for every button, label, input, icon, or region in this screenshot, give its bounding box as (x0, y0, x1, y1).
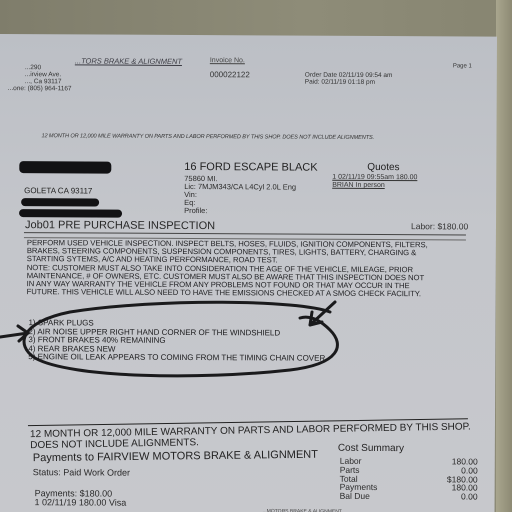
quote-author: BRIAN In person (332, 182, 385, 189)
warranty-notice-top: 12 MONTH OR 12,000 MILE WARRANTY ON PART… (41, 133, 374, 141)
job-description: PERFORM USED VEHICLE INSPECTION. INSPECT… (27, 239, 428, 299)
job-labor-amount: Labor: $180.00 (411, 221, 468, 231)
cost-value-bal-due: 0.00 (447, 493, 478, 502)
address-line: ...290 (25, 64, 41, 71)
vehicle-title: 16 FORD ESCAPE BLACK (184, 161, 317, 174)
payment-entry: 1 02/11/19 180.00 Visa (35, 498, 127, 507)
inspection-findings: 1) SPARK PLUGS 2) AIR NOISE UPPER RIGHT … (28, 319, 325, 363)
redacted-customer-email (19, 209, 122, 218)
cost-summary-title: Cost Summary (338, 443, 404, 454)
redacted-customer-name (19, 161, 111, 173)
cost-label-bal-due: Bal Due (340, 492, 378, 501)
cost-summary-values: 180.00 0.00 $180.00 180.00 0.00 (447, 457, 478, 501)
paid-date-text: Paid: 02/11/19 01:18 pm (305, 79, 393, 86)
payments-summary: Payments: $180.00 1 02/11/19 180.00 Visa (35, 489, 127, 507)
payments-to: Payments to FAIRVIEW MOTORS BRAKE & ALIG… (33, 449, 318, 464)
phone-line: ...one: (805) 964-1167 (8, 85, 72, 92)
page-number: Page 1 (453, 63, 472, 69)
vehicle-license: Lic: 7MJM343/CA L4Cyl 2.0L Eng (184, 183, 296, 192)
finding-item: 5) ENGINE OIL LEAK APPEARS TO COMING FRO… (28, 353, 325, 363)
quote-entry: 1 02/11/19 09:55am 180.00 (332, 174, 417, 181)
vehicle-profile: Profile: (184, 207, 207, 215)
description-line: FUTURE. THIS VEHICLE WILL ALSO NEED TO H… (27, 288, 428, 298)
order-date: Order Date 02/11/19 09:54 am Paid: 02/11… (305, 72, 393, 86)
invoice-number: 000022122 (210, 70, 250, 79)
warranty-notice-bottom: 12 MONTH OR 12,000 MILE WARRANTY ON PART… (30, 422, 471, 451)
invoice-document: ...TORS BRAKE & ALIGNMENT Invoice No. 00… (0, 34, 497, 512)
background-edge (496, 0, 512, 512)
work-order-status: Status: Paid Work Order (33, 467, 130, 478)
shop-name: ...TORS BRAKE & ALIGNMENT (75, 56, 182, 66)
job-title: Job01 PRE PURCHASE INSPECTION (25, 219, 215, 232)
cost-summary-labels: Labor Parts Total Payments Bal Due (340, 457, 378, 501)
divider (24, 232, 466, 235)
footer-shop-name: ...MOTORS BRAKE & ALIGNMENT (262, 508, 341, 512)
redacted-customer-phone (21, 198, 99, 206)
invoice-label: Invoice No. (210, 57, 245, 64)
quotes-title: Quotes (367, 162, 399, 173)
customer-city: GOLETA CA 93117 (24, 186, 92, 195)
